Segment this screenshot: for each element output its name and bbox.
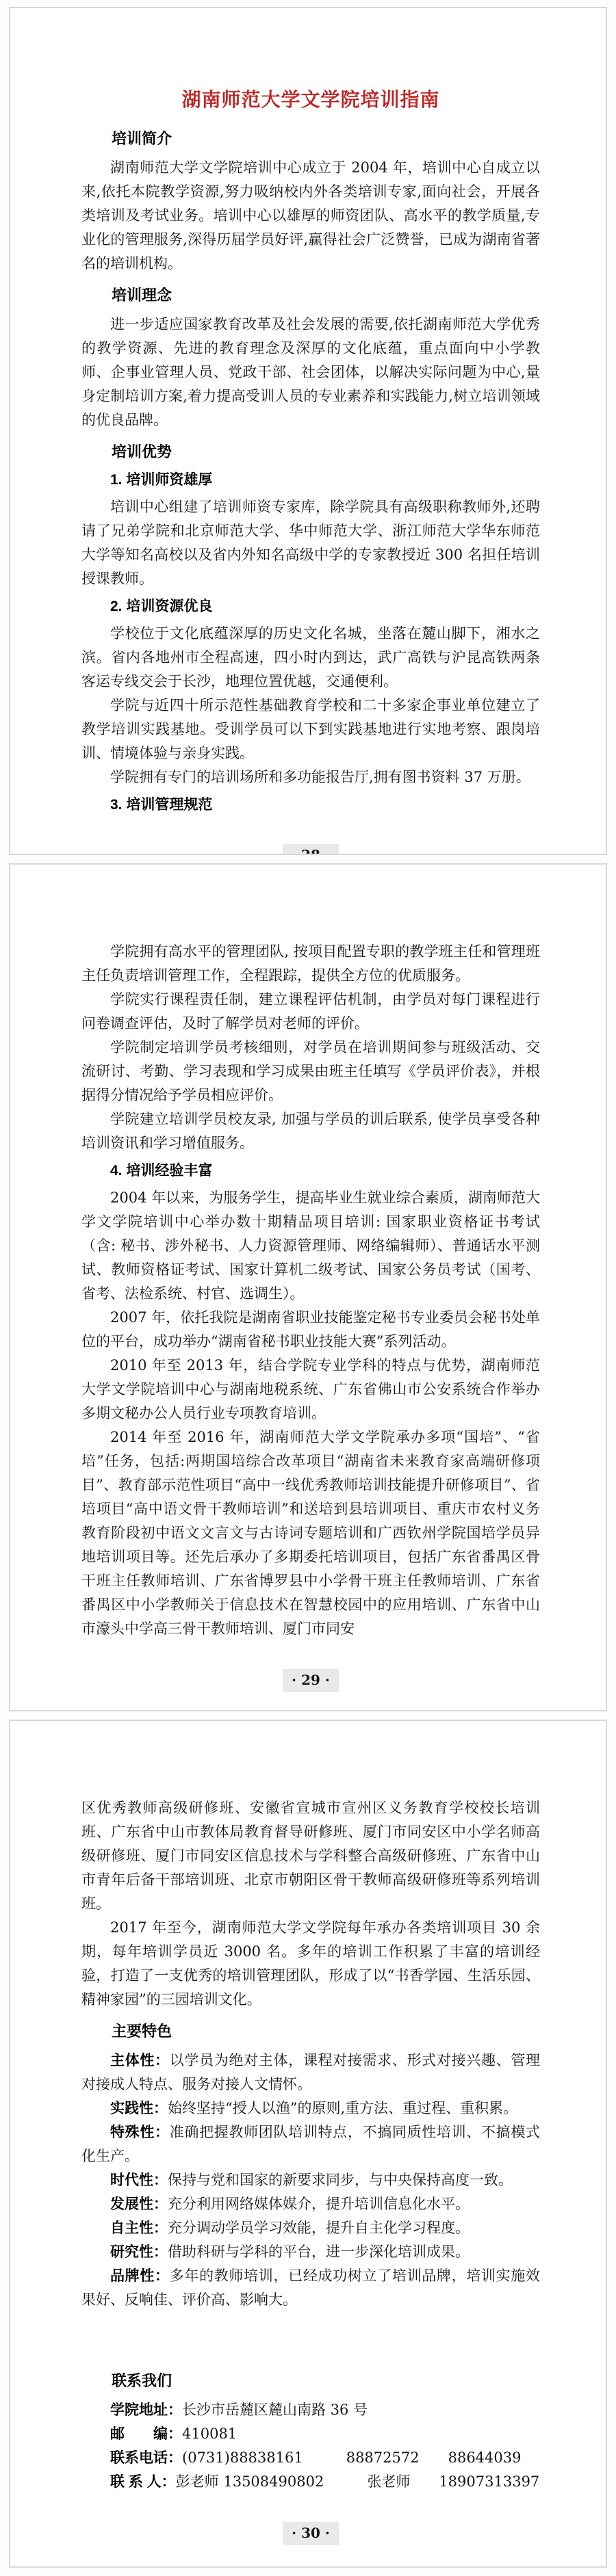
page-number: · 28 ·: [81, 843, 540, 855]
feature-label: 特殊性：: [110, 2125, 170, 2140]
feature-text: 始终坚持“授人以渔”的原则,重方法、重过程、重积累。: [168, 2100, 517, 2116]
page-number-badge: · 29 ·: [283, 1669, 339, 1692]
page-number: · 29 ·: [81, 1668, 540, 1692]
feature-item: 研究性：借助科研与学科的平台，进一步深化培训成果。: [81, 2240, 540, 2264]
paragraph: 2010 年至 2013 年，结合学院专业学科的特点与优势，湖南师范大学文学院培…: [81, 1354, 540, 1425]
contact-label: 邮 编：: [110, 2426, 182, 2442]
page-number-badge: · 28 ·: [283, 844, 339, 855]
paragraph: 学院拥有专门的培训场所和多功能报告厅,拥有图书资料 37 万册。: [81, 765, 540, 789]
contact-label: 联 系 人：: [110, 2474, 176, 2490]
feature-text: 充分调动学员学习效能，提升自主化学习程度。: [168, 2220, 470, 2236]
page: 学院拥有高水平的管理团队, 按项目配置专职的教学班主任和管理班主任负责培训管理工…: [9, 863, 607, 1711]
paragraph: 学院实行课程责任制，建立课程评估机制，由学员对每门课程进行问卷调查评估，及时了解…: [81, 988, 540, 1036]
section-heading: 主要特色: [81, 2021, 540, 2042]
paragraph: 2017 年至今，湖南师范大学文学院每年承办各类培训项目 30 余期，每年培训学…: [81, 1916, 540, 2012]
paragraph: 学校位于文化底蕴深厚的历史文化名城，坐落在麓山脚下，湘水之滨。省内各地州市全程高…: [81, 622, 540, 694]
contact-row: 学院地址：长沙市岳麓区麓山南路 36 号: [81, 2398, 540, 2422]
paragraph: 学院拥有高水平的管理团队, 按项目配置专职的教学班主任和管理班主任负责培训管理工…: [81, 940, 540, 988]
sub-heading: 3. 培训管理规范: [81, 794, 540, 816]
contact-label: 联系电话：: [110, 2450, 182, 2466]
paragraph: 学院制定培训学员考核细则，对学员在培训期间参与班级活动、交流研讨、考勤、学习表现…: [81, 1036, 540, 1107]
section-heading: 培训理念: [81, 285, 540, 306]
spacer: [81, 2312, 540, 2361]
page: 湖南师范大学文学院培训指南培训简介湖南师范大学文学院培训中心成立于 2004 年…: [9, 7, 607, 855]
doc-title: 湖南师范大学文学院培训指南: [81, 88, 540, 111]
document-canvas: 湖南师范大学文学院培训指南培训简介湖南师范大学文学院培训中心成立于 2004 年…: [0, 0, 616, 2576]
feature-label: 实践性：: [110, 2101, 168, 2116]
contact-value: 410081: [182, 2426, 237, 2442]
feature-label: 发展性：: [110, 2196, 168, 2212]
paragraph: 进一步适应国家教育改革及社会发展的需要,依托湖南师范大学优秀的教学资源、先进的教…: [81, 313, 540, 432]
feature-item: 自主性：充分调动学员学习效能，提升自主化学习程度。: [81, 2216, 540, 2240]
feature-label: 自主性：: [110, 2220, 168, 2236]
feature-label: 品牌性：: [110, 2268, 170, 2284]
feature-text: 充分利用网络媒体媒介，提升培训信息化水平。: [168, 2196, 470, 2212]
paragraph: 学院与近四十所示范性基础教育学校和二十多家企事业单位建立了教学培训实践基地。受训…: [81, 694, 540, 765]
feature-item: 时代性：保持与党和国家的新要求同步，与中央保持高度一致。: [81, 2168, 540, 2192]
contact-value: 长沙市岳麓区麓山南路 36 号: [182, 2402, 368, 2418]
feature-item: 主体性：以学员为绝对主体，课程对接需求、形式对接兴趣、管理对接成人特点、服务对接…: [81, 2049, 540, 2097]
paragraph: 学院建立培训学员校友录, 加强与学员的训后联系, 使学员享受各种培训资讯和学习增…: [81, 1107, 540, 1155]
paragraph: 湖南师范大学文学院培训中心成立于 2004 年，培训中心自成立以来,依托本院教学…: [81, 156, 540, 276]
feature-label: 研究性：: [110, 2244, 168, 2260]
sub-heading: 1. 培训师资雄厚: [81, 469, 540, 491]
page-number: · 30 ·: [81, 2521, 540, 2545]
contact-row: 联 系 人：彭老师 13508490802 张老师 18907313397: [81, 2470, 540, 2494]
feature-text: 借助科研与学科的平台，进一步深化培训成果。: [168, 2244, 470, 2260]
sub-heading: 2. 培训资源优良: [81, 596, 540, 618]
contact-value: 彭老师 13508490802 张老师 18907313397: [176, 2473, 540, 2490]
paragraph: 区优秀教师高级研修班、安徽省宣城市宣州区义务教育学校校长培训班、广东省中山市教体…: [81, 1796, 540, 1916]
page: 区优秀教师高级研修班、安徽省宣城市宣州区义务教育学校校长培训班、广东省中山市教体…: [9, 1720, 607, 2568]
paragraph: 2004 年以来，为服务学生，提高毕业生就业综合素质，湖南师范大学文学院培训中心…: [81, 1186, 540, 1306]
feature-label: 主体性：: [110, 2053, 170, 2068]
paragraph: 2007 年，依托我院是湖南省职业技能鉴定秘书专业委员会秘书处单位的平台，成功举…: [81, 1306, 540, 1354]
section-heading: 培训优势: [81, 441, 540, 463]
contact-row: 邮 编：410081: [81, 2422, 540, 2446]
page-number-badge: · 30 ·: [283, 2522, 339, 2545]
paragraph: 培训中心组建了培训师资专家库，除学院具有高级职称教师外,还聘请了兄弟学院和北京师…: [81, 495, 540, 591]
feature-item: 特殊性：准确把握教师团队培训特点，不搞同质性培训、不搞模式化生产。: [81, 2120, 540, 2168]
section-heading: 培训简介: [81, 128, 540, 150]
feature-item: 品牌性：多年的教师培训，已经成功树立了培训品牌，培训实施效果好、反响佳、评价高、…: [81, 2264, 540, 2312]
contact-row: 联系电话：(0731)88838161 88872572 88644039: [81, 2446, 540, 2470]
feature-label: 时代性：: [110, 2172, 168, 2188]
paragraph: 2014 年至 2016 年，湖南师范大学文学院承办多项“国培”、“省培”任务，…: [81, 1425, 540, 1641]
feature-text: 保持与党和国家的新要求同步，与中央保持高度一致。: [168, 2172, 513, 2188]
contact-value: (0731)88838161 88872572 88644039: [182, 2449, 522, 2466]
sub-heading: 4. 培训经验丰富: [81, 1160, 540, 1182]
contact-label: 学院地址：: [110, 2402, 182, 2418]
section-heading: 联系我们: [81, 2370, 540, 2392]
feature-item: 发展性：充分利用网络媒体媒介，提升培训信息化水平。: [81, 2192, 540, 2216]
feature-item: 实践性：始终坚持“授人以渔”的原则,重方法、重过程、重积累。: [81, 2097, 540, 2120]
